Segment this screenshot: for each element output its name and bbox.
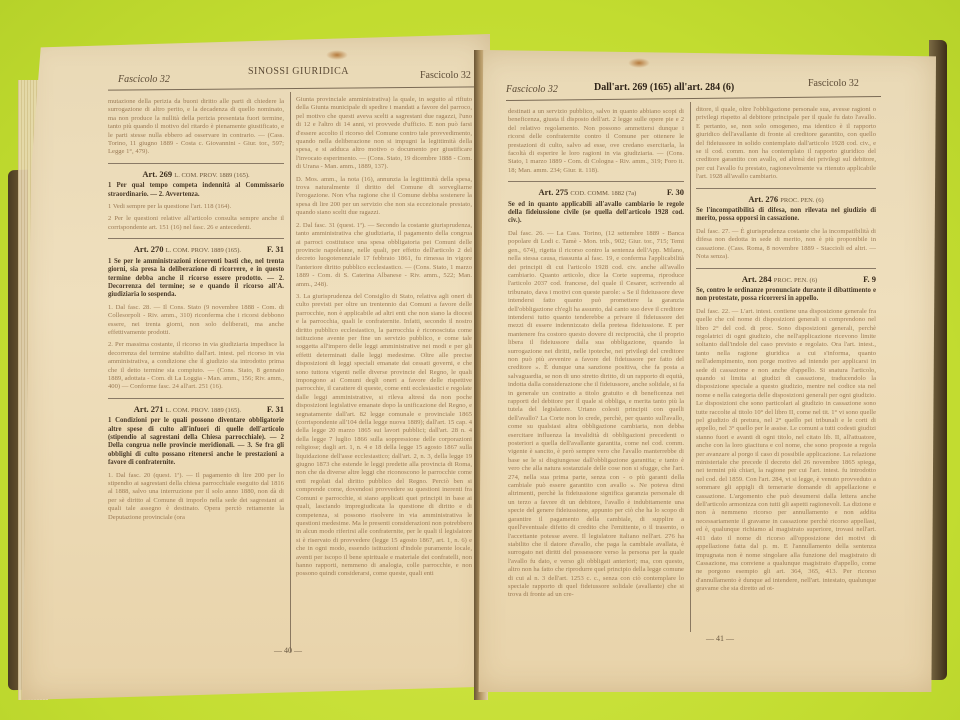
right-page-number: — 41 — (706, 634, 734, 643)
article-heading: Art. 269 L. COM. PROV. 1889 (165). (108, 170, 284, 180)
paragraph: D. Mos. amm., la nota (16), annunzia la … (296, 176, 472, 218)
right-header-center: Dall'art. 269 (165) all'art. 284 (6) (594, 82, 734, 93)
intro-paragraph: mutazione della perizia da buoni diritto… (108, 98, 284, 157)
article-heading: Art. 284 PROC. PEN. (6) F. 9 (696, 275, 876, 285)
article-summary: 1 Se per le amministrazioni ricorrenti b… (108, 258, 284, 300)
section-rule (508, 181, 684, 182)
open-book: Fascicolo 32 SINOSSI GIURIDICA Fascicolo… (8, 20, 953, 700)
paper-stain (628, 58, 650, 68)
article-note: Dal fasc. 27. — È giurisprudenza costant… (696, 228, 876, 262)
left-page-column-2: Giunta provinciale amministrativa) la qu… (296, 94, 472, 664)
section-rule (108, 398, 284, 399)
left-header-center: SINOSSI GIURIDICA (248, 66, 349, 77)
article-note: Dal fasc. 26. — La Cass. Torino, (12 set… (508, 230, 684, 600)
left-column-divider (290, 92, 291, 652)
paper-stain (326, 50, 348, 60)
article-note: 2 Per le questioni relative all'articolo… (108, 215, 284, 232)
right-page-column-2: ditore, il quale, oltre l'obbligazione p… (696, 104, 876, 634)
left-header-right: Fascicolo 32 (420, 70, 471, 81)
intro-paragraph: ditore, il quale, oltre l'obbligazione p… (696, 106, 876, 182)
article-note: Dal fasc. 22. — L'art. intest. contiene … (696, 308, 876, 594)
article-note: 1. Dal fasc. 28. — Il Cons. Stato (9 nov… (108, 304, 284, 338)
section-rule (696, 188, 876, 189)
article-heading: Art. 275 COD. COMM. 1882 (7a) F. 30 (508, 188, 684, 198)
article-summary: 1 Condizioni per le quali possono divent… (108, 417, 284, 467)
article-heading: Art. 270 L. COM. PROV. 1889 (165). F. 31 (108, 245, 284, 255)
right-header-right: Fascicolo 32 (808, 78, 859, 89)
article-note: 1 Vedi sempre per la questione l'art. 11… (108, 203, 284, 211)
left-header-left: Fascicolo 32 (118, 74, 170, 85)
right-column-divider (690, 102, 691, 632)
section-rule (696, 268, 876, 269)
article-summary: Se, contro le ordinanze pronunciate dura… (696, 287, 876, 304)
article-summary: Se ed in quanto applicabili all'avallo c… (508, 201, 684, 226)
paragraph: Giunta provinciale amministrativa) la qu… (296, 96, 472, 172)
article-summary: 1 Per qual tempo competa indennità al Co… (108, 182, 284, 199)
section-rule (108, 238, 284, 239)
left-page-column-1: mutazione della perizia da buoni diritto… (108, 96, 284, 656)
article-summary: Se l'incompatibilità di difesa, non rile… (696, 207, 876, 224)
section-rule (108, 163, 284, 164)
article-note: 2. Per massima costante, il ricorso in v… (108, 341, 284, 391)
article-heading: Art. 276 PROC. PEN. (6) (696, 195, 876, 205)
right-header-left: Fascicolo 32 (506, 84, 558, 95)
left-page-number: — 40 — (274, 646, 302, 655)
article-heading: Art. 271 L. COM. PROV. 1889 (165). F. 31 (108, 405, 284, 415)
article-note: 1. Dal fasc. 20 (quest. 1ª). — Il pagame… (108, 472, 284, 522)
paragraph: 2. Dal fasc. 31 (quest. 1ª). — Secondo l… (296, 222, 472, 289)
right-page-column-1: destinati a un servizio pubblico, salvo … (508, 106, 684, 636)
intro-paragraph: destinati a un servizio pubblico, salvo … (508, 108, 684, 175)
paragraph: 3. La giurisprudenza del Consiglio di St… (296, 293, 472, 579)
